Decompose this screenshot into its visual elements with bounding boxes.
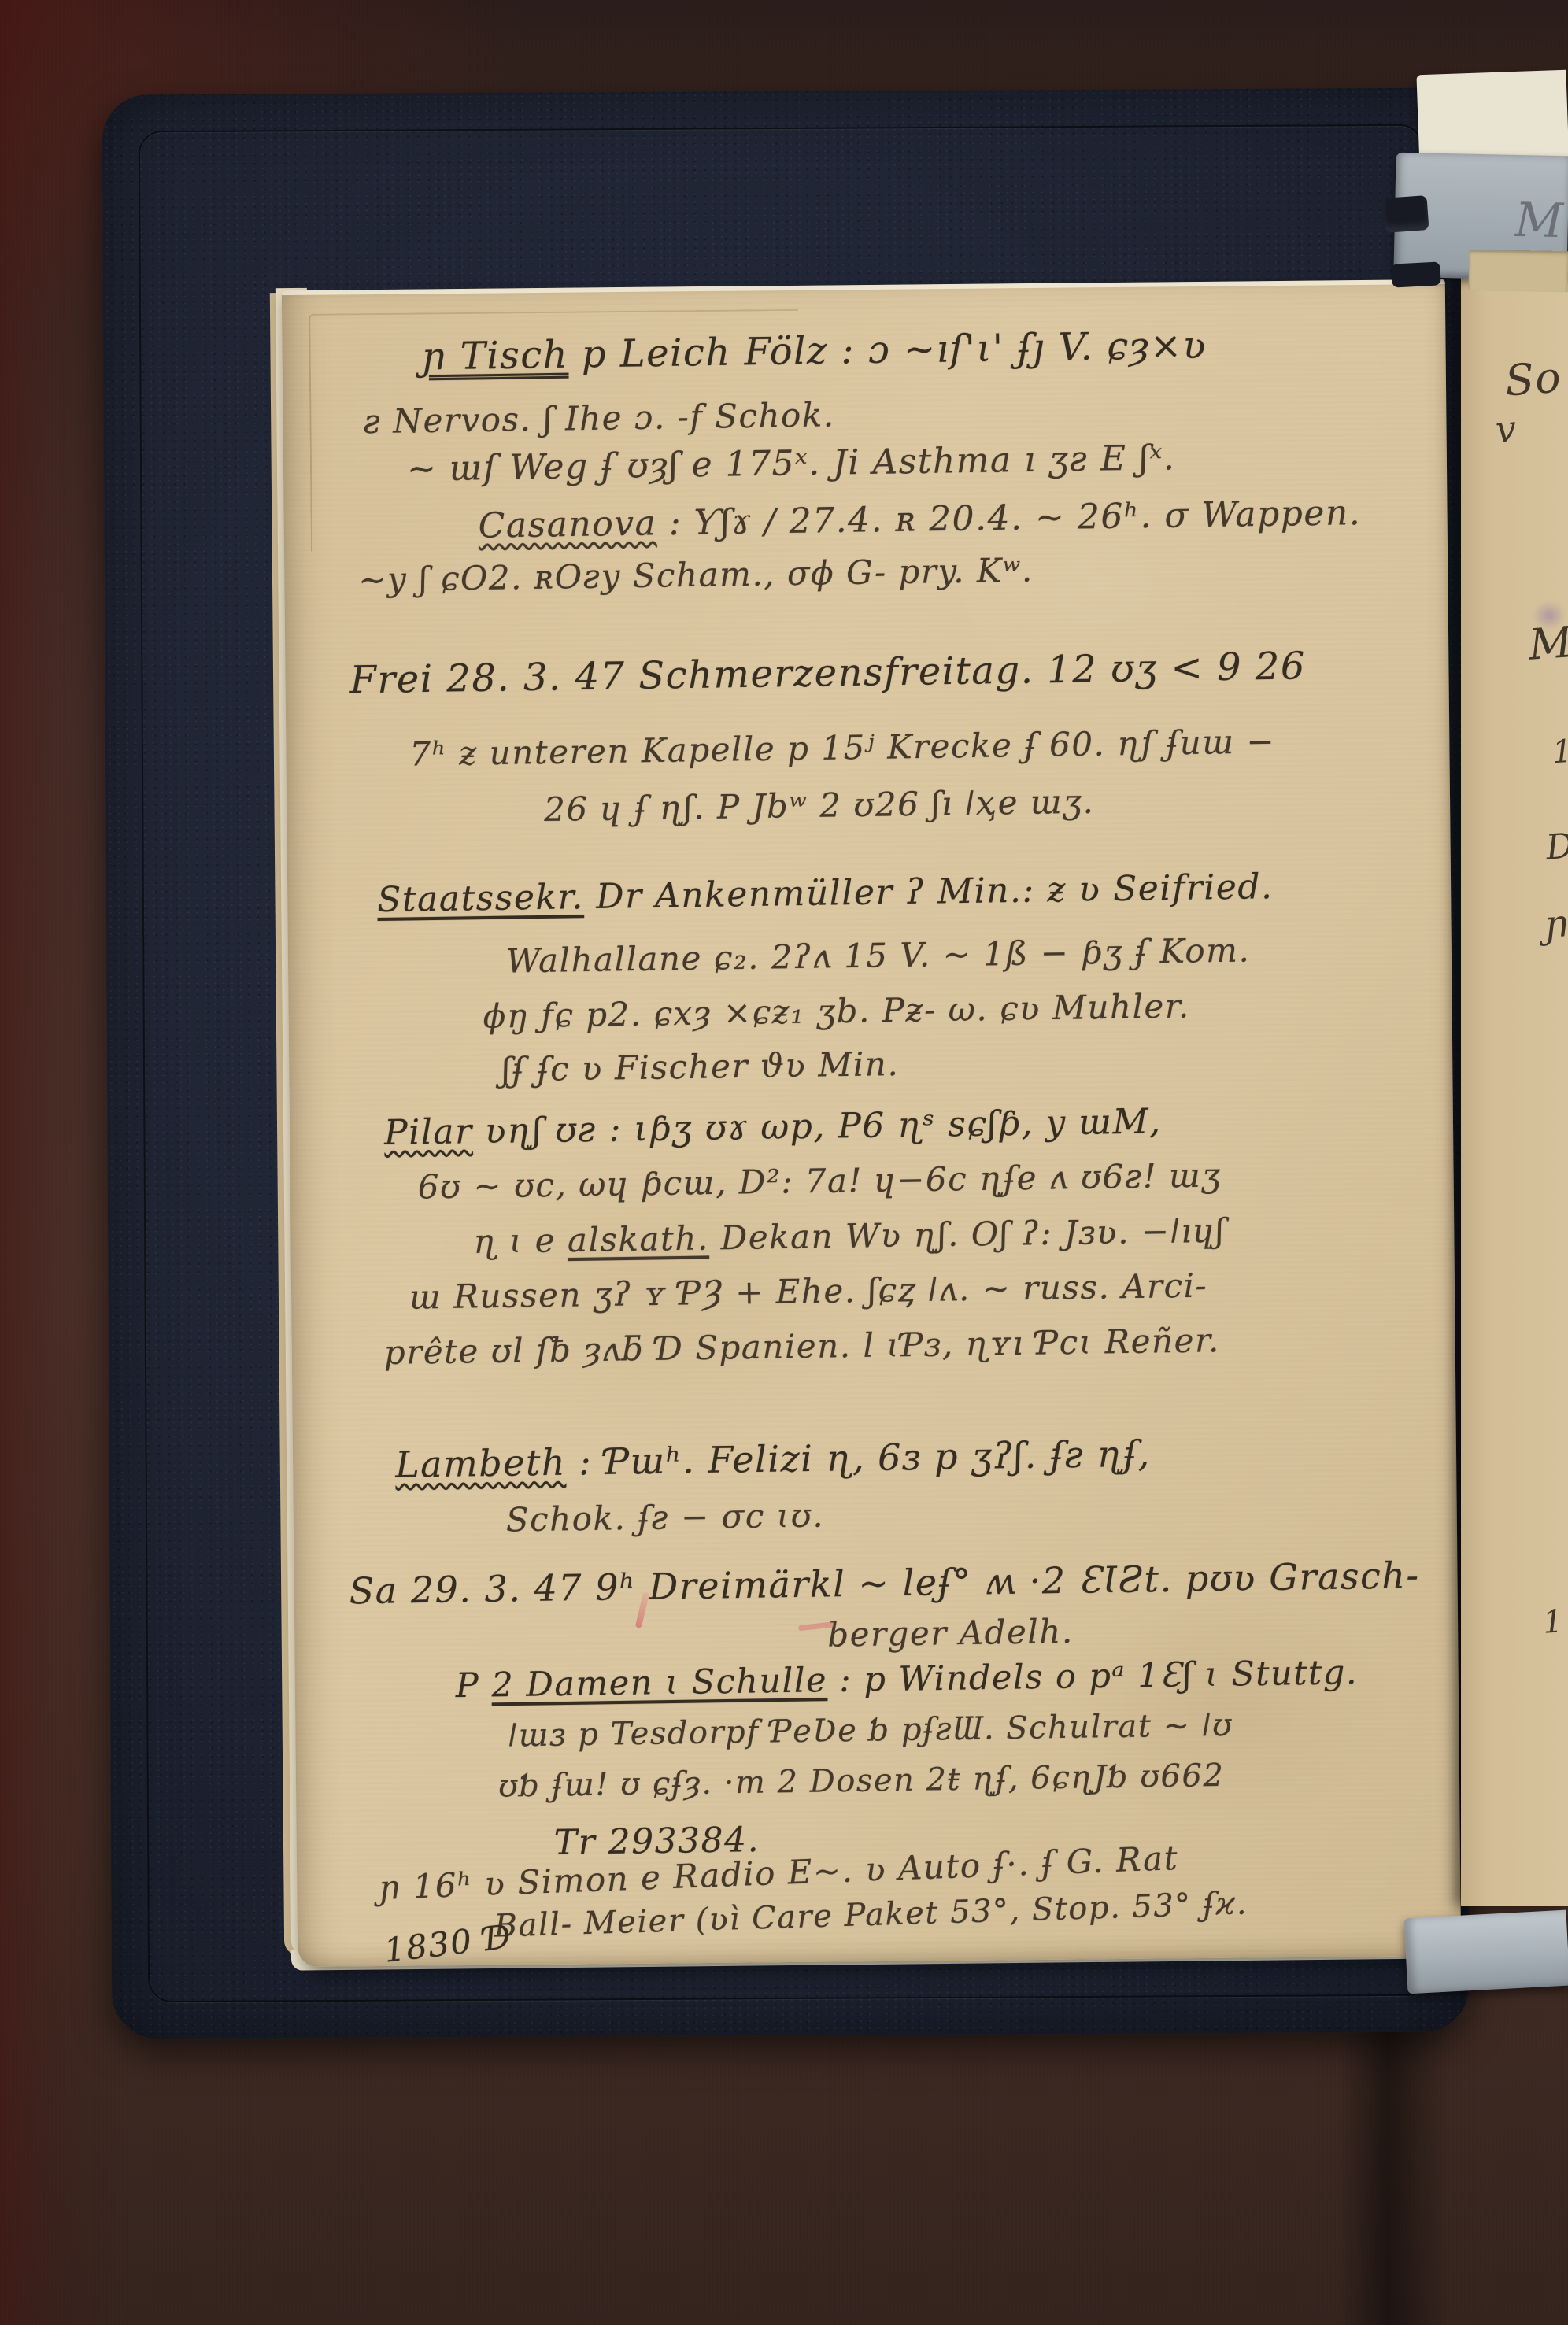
handwriting-line: ʊƅ ʄɯ! ʊ ɕʄȝ. ·m 2 Dosen 2ŧ ɳʄ, 6ɕɳJƅ ʊ6… bbox=[498, 1758, 1225, 1805]
handwriting-fragment: 1 bbox=[1541, 1603, 1565, 1641]
handwriting-fragment: v bbox=[1494, 407, 1518, 451]
handwriting-line: Walhallane ɕ₂. 2ʔʌ 15 V. ∼ 1ß − ƥʒ ʄ Kom… bbox=[506, 930, 1251, 980]
handwriting-line: ǀɯɜ p Tesdorpf ƤeƲe ƅ pʄƨƜ. Schulrat ∼ ǀ… bbox=[508, 1707, 1233, 1754]
handwriting-fragment: 1, bbox=[1551, 733, 1568, 771]
handwriting-line: 1830 Ɗ bbox=[382, 1917, 513, 1967]
handwriting-line: 6ʊ ∼ ʊc, ωɥ ƥcɯ, D²: 7a! ɥ−6c ɳʄe ʌ ʊ6ƨ!… bbox=[417, 1155, 1222, 1206]
handwriting-line: Pilar ʋɳʃ ʊƨ : ιƥʒ ʊɤ ωp, P6 ɳˢ sɕʃƥ, y … bbox=[384, 1101, 1162, 1153]
handwriting-line: 26 ɥ ʄ ɳʃ. P Jbʷ 2 ʊ26 ʃı ǀҳe ɯʒ. bbox=[544, 782, 1095, 829]
handwriting-line: berger Adelh. bbox=[827, 1612, 1074, 1654]
handwriting-fragment: So bbox=[1503, 353, 1563, 406]
handwriting-fragment: ɲ bbox=[1543, 901, 1568, 947]
handwriting-line: ∼y ʃ ɕO2. ʀOƨy Scham., σϕ G- pry. Kʷ. bbox=[358, 551, 1034, 600]
clip-pencil-label: M bbox=[1514, 193, 1566, 249]
handwriting-line: 7ʰ ƶ unteren Kapelle p 15ʲ Krecke ʄ 60. … bbox=[409, 722, 1275, 773]
notebook-page: ɲ Tisch p Leich Fölz : ɔ ∼ıſ'ι' ʄȷ V. ɕȝ… bbox=[282, 279, 1461, 1967]
cream-tab bbox=[1469, 250, 1568, 292]
clip-hook-icon bbox=[1391, 261, 1440, 287]
handwriting-line: Lambeth : Ƥɯʰ. Felizi ɳ, 6ɜ p ʒʔʃ. ʄƨ ɳʄ… bbox=[395, 1432, 1151, 1486]
handwriting-line: ɯ Russen ʒʔ ʏ ƤȜ + Ehe. ʃɕȥ ǀʌ. ∼ russ. … bbox=[409, 1266, 1208, 1317]
handwriting-line: Sa 29. 3. 47 9ʰ Dreimärkl ∼ leʄ° ʍ ·2 ƐƖ… bbox=[349, 1554, 1420, 1612]
clip-hook-icon bbox=[1383, 195, 1429, 233]
handwriting-line: prête ʊl ſƀ ȝʌƃ Ɗ Spanien. l ɩƤɜ, ɳʏı Ƥc… bbox=[383, 1321, 1220, 1372]
bottom-right-clip bbox=[1404, 1910, 1568, 1994]
handwriting-line: Staatssekr. Dr Ankenmüller ʔ Min.: ƶ ʋ S… bbox=[377, 867, 1274, 920]
handwriting-line: ϕŋ ƒɕ p2. ɕxȝ ×ɕƶ₁ ʒb. Pƶ- ω. ɕʋ Muhler. bbox=[483, 986, 1190, 1035]
handwriting-line: Frei 28. 3. 47 Schmerzensfreitag. 12 ʊʒ … bbox=[349, 644, 1306, 702]
handwriting-line: Schok. ʄƨ − σc ɩʊ. bbox=[505, 1495, 824, 1539]
facing-page-edge: SovM1,Diɲ1 bbox=[1461, 275, 1568, 1906]
handwriting-fragment: Di bbox=[1544, 825, 1568, 867]
handwriting-fragment: M bbox=[1527, 617, 1568, 670]
handwriting-line: ʃʄ ʄc ʋ Fischer ϑʋ Min. bbox=[501, 1044, 899, 1089]
handwriting-line: P 2 Damen ɩ Schulle : p Windels o pᵃ 1Ɛʃ… bbox=[455, 1653, 1358, 1706]
handwriting-line: ƨ Nervos. ʃ Ihe ɔ. -f Schok. bbox=[363, 395, 835, 441]
handwriting-line: ɳ ɩ e alskath. Dekan Wʋ ɳʃ. Oʃ ʔ: Jɜʋ. −… bbox=[473, 1211, 1226, 1261]
